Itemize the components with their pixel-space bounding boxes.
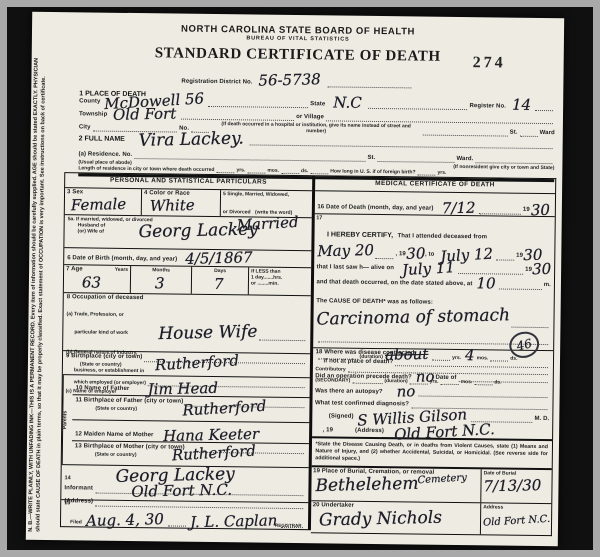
undertaker-address-label: Address	[483, 504, 549, 511]
birthplace-label: 9 Birthplace (city or town)	[66, 354, 142, 362]
burial-place-value2: Cemetery	[417, 473, 467, 486]
burial-place-value: Bethelehem	[315, 476, 418, 495]
spouse-value: Georg Lackey	[138, 221, 258, 241]
attended-from-year: 30	[406, 246, 425, 261]
death-time-value: 10	[476, 276, 495, 291]
state-label: State	[310, 101, 325, 108]
registrar-label: REGISTRAR	[275, 524, 302, 529]
burial-date-value: 7/13/30	[483, 478, 541, 494]
register-no-value: 14	[512, 98, 531, 113]
township-value: Old Fort	[113, 106, 177, 122]
undertaker-cell: 20 Undertaker Grady Nichols	[310, 501, 480, 534]
certify-lead: I HEREBY CERTIFY,	[327, 231, 393, 239]
register-no-label: Register No.	[469, 103, 506, 111]
filed-label: Filed	[70, 519, 82, 525]
age-row: 7 Age Years 63 Months 3 Days 7 If LESS t…	[64, 264, 311, 295]
sex-color-marital-row: 3 Sex Female 4 Color or Race White 5 Sin…	[65, 187, 312, 217]
birthplace-row: 9 Birthplace (city or town) (State or co…	[63, 350, 310, 377]
death-certificate: N. B.—WRITE PLAINLY, WITH UNFADING INK—T…	[26, 12, 564, 546]
marital-cell: 5 Single, Married, Widowed, or Divorced …	[220, 190, 312, 217]
age-years-cell: 7 Age Years 63	[64, 265, 130, 293]
duration-crossed-value: about	[385, 346, 429, 362]
undertaker-address-cell: Address Old Fort N.C.	[480, 503, 551, 535]
certificate-number: 274	[473, 55, 506, 71]
personal-section: PERSONAL AND STATISTICAL PARTICULARS 3 S…	[60, 172, 315, 530]
residence-label: (a) Residence. No.	[78, 151, 132, 159]
sex-value: Female	[71, 197, 127, 213]
full-name-value: Vira Lackey.	[139, 131, 244, 150]
age-months-value: 3	[155, 276, 189, 291]
registrar-signature: J. L. Caplan	[189, 513, 277, 530]
document-viewer: N. B.—WRITE PLAINLY, WITH UNFADING INK—T…	[0, 0, 600, 557]
last-saw-year: 30	[532, 261, 551, 276]
burial-row: 19 Place of Burial, Cremation, or remova…	[311, 465, 552, 503]
informant-row: 14 Informant (Address) Georg Lackey Old …	[61, 464, 308, 502]
age-days-value: 7	[214, 277, 246, 292]
operation-value: no	[416, 369, 435, 384]
occupation-value: House Wife	[158, 324, 258, 343]
occupation-row: 8 Occupation of deceased (a) Trade, Prof…	[63, 292, 310, 353]
dob-row: 6 Date of Birth (month, day, and year) 4…	[64, 247, 311, 267]
county-label: County	[79, 98, 100, 105]
burial-cell: 19 Place of Burial, Cremation, or remova…	[311, 467, 481, 502]
residence-ward-label: Ward.	[456, 156, 473, 163]
age-label: 7 Age	[66, 266, 83, 273]
date-of-death-value: 7/12	[441, 200, 475, 216]
residence-st-label: St.	[367, 155, 375, 162]
foreign-birth-label: How long in U. S. if of foreign birth?	[330, 168, 415, 175]
reg-district-value: 56-5738	[258, 72, 321, 88]
medical-section: MEDICAL CERTIFICATE OF DEATH 16 Date of …	[310, 175, 556, 536]
cause-of-death-label: The CAUSE OF DEATH* was as follows:	[316, 298, 433, 305]
date-of-death-row: 16 Date of Death (month, day, and year) …	[314, 190, 555, 216]
father-label: 10 Name of Father	[76, 386, 130, 394]
burial-date-cell: Date of Burial 7/13/30	[480, 469, 551, 503]
signed-label: (Signed)	[329, 413, 354, 420]
village-label: or Village	[296, 114, 324, 122]
autopsy-value: no	[397, 384, 416, 399]
undertaker-address-value: Old Fort N.C.	[483, 515, 551, 529]
disease-operation-block: 18 Where was disease contracted if not a…	[312, 347, 554, 439]
informant-label: Informant	[64, 486, 93, 494]
undertaker-row: 20 Undertaker Grady Nichols Address Old …	[310, 500, 551, 535]
color-cell: 4 Color or Race White	[141, 189, 220, 216]
dob-value: 4/5/1867	[185, 250, 253, 267]
sex-cell: 3 Sex Female	[65, 188, 141, 215]
color-value: White	[150, 198, 195, 214]
scan-background: N. B.—WRITE PLAINLY, WITH UNFADING INK—T…	[7, 7, 593, 550]
test-confirmed-label: What test confirmed diagnosis?	[315, 400, 409, 408]
date-of-death-year: 30	[531, 202, 550, 217]
form-columns: PERSONAL AND STATISTICAL PARTICULARS 3 S…	[60, 172, 556, 536]
age-days-cell: Days 7	[191, 266, 248, 294]
father-birthplace-row: 11 Birthplace of Father (city or town) (…	[72, 394, 309, 422]
full-name-label: 2 FULL NAME	[79, 135, 125, 144]
dob-label: 6 Date of Birth (month, day, and year)	[67, 256, 177, 265]
state-value: N.C	[333, 95, 362, 110]
mother-label: 12 Maiden Name of Mother	[75, 432, 154, 440]
date-of-death-label: 16 Date of Death (month, day, and year)	[317, 205, 433, 214]
filed-date-value: Aug. 4, 30	[86, 512, 164, 529]
mother-value: Hana Keeter	[163, 426, 259, 443]
cause-of-death-value: Carcinoma of stomach	[316, 307, 510, 328]
attended-from-value: May 20	[317, 242, 374, 258]
death-occurred-label: and that death occurred, on the date sta…	[316, 280, 472, 289]
township-label: Township	[79, 111, 107, 119]
age-less-cell: If LESS than 1 day.......hrs. or .......…	[248, 267, 311, 295]
mother-birthplace-value: Rutherford	[172, 443, 257, 463]
last-saw-label: that I last saw h— alive on	[317, 265, 394, 273]
age-years-value: 63	[82, 275, 128, 291]
last-saw-value: July 11	[402, 260, 456, 278]
birthplace-value: Rutherford	[155, 353, 240, 373]
informant-address-value: Old Fort N.C.	[131, 482, 232, 499]
age-months-cell: Months 3	[130, 265, 191, 293]
margin-instructions: N. B.—WRITE PLAINLY, WITH UNFADING INK—T…	[28, 46, 64, 532]
father-value: Jim Head	[147, 380, 218, 397]
parents-block: Parents 10 Name of Father Jim Head 11 Bi…	[62, 374, 310, 467]
mother-row: 12 Maiden Name of Mother Hana Keeter	[72, 419, 309, 443]
operation-label: Did an operation precede death?	[315, 373, 412, 381]
certify-block: 17 I HEREBY CERTIFY, That I attended dec…	[313, 213, 555, 350]
undertaker-value: Grady Nichols	[318, 510, 441, 530]
filed-row: 15 Filed Aug. 4, 30 J. L. Caplan REGISTR…	[61, 499, 308, 529]
father-birthplace-value: Rutherford	[182, 398, 267, 418]
autopsy-label: Was there an autopsy?	[315, 388, 383, 396]
duration-months-value: 4	[465, 348, 475, 363]
